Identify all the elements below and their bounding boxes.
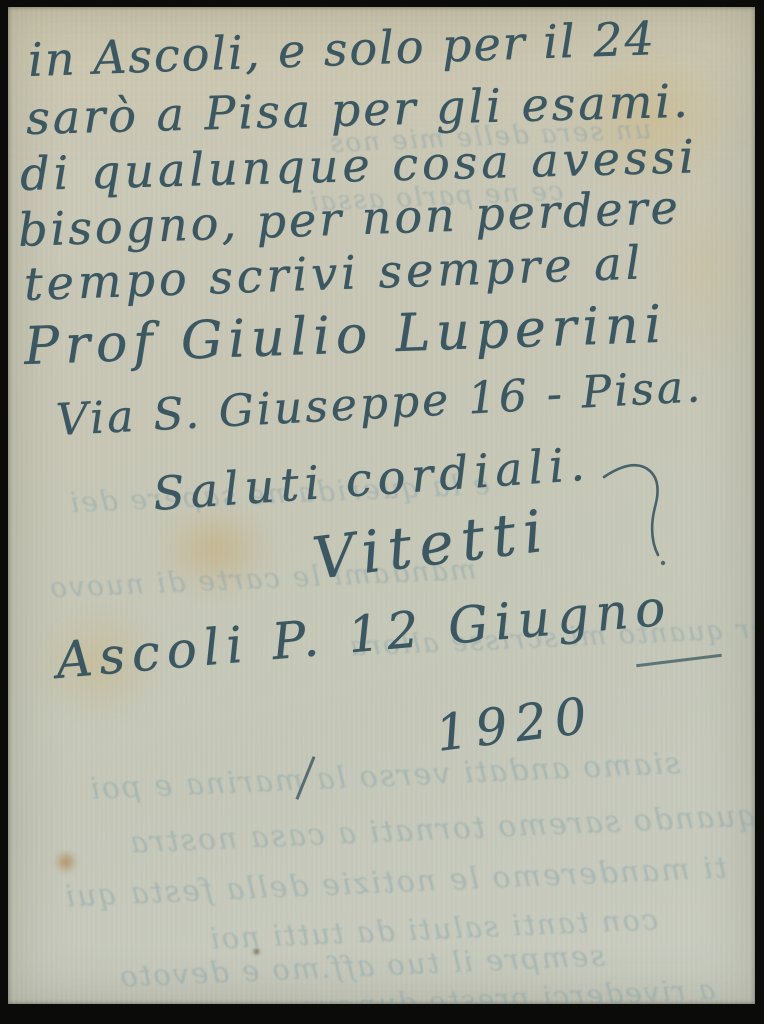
- pen-flourish: [600, 455, 680, 570]
- handwritten-line: Via S. Giuseppe 16 - Pisa.: [55, 361, 704, 446]
- year: 1920: [432, 686, 597, 763]
- stain: [54, 850, 78, 874]
- bleedthrough-line: con tanti saluti da tutti noi: [207, 902, 658, 956]
- bleedthrough-line: sempre il tuo aff.mo e devoto: [117, 938, 605, 993]
- ink-stroke: [636, 654, 722, 667]
- bleedthrough-line: ti manderemo le notizie della festa qui: [63, 851, 728, 915]
- bleedthrough-line: quando saremo tornati a casa nostra: [128, 798, 755, 860]
- handwritten-line: in Ascoli, e solo per il 24: [27, 11, 656, 87]
- ink-stroke: [295, 756, 315, 800]
- stain: [252, 947, 261, 956]
- scan-background: un sera delle mie nos ce ne parlo assai …: [0, 0, 764, 1024]
- letter-page: un sera delle mie nos ce ne parlo assai …: [8, 7, 755, 1004]
- bleedthrough-line: siamo andati verso la marina e poi: [88, 746, 682, 807]
- signature: Vitetti: [309, 496, 554, 593]
- bleedthrough-line: a rivederci presto dunque: [297, 973, 716, 1004]
- place-date-line: Ascoli P. 12 Giugno: [53, 578, 674, 690]
